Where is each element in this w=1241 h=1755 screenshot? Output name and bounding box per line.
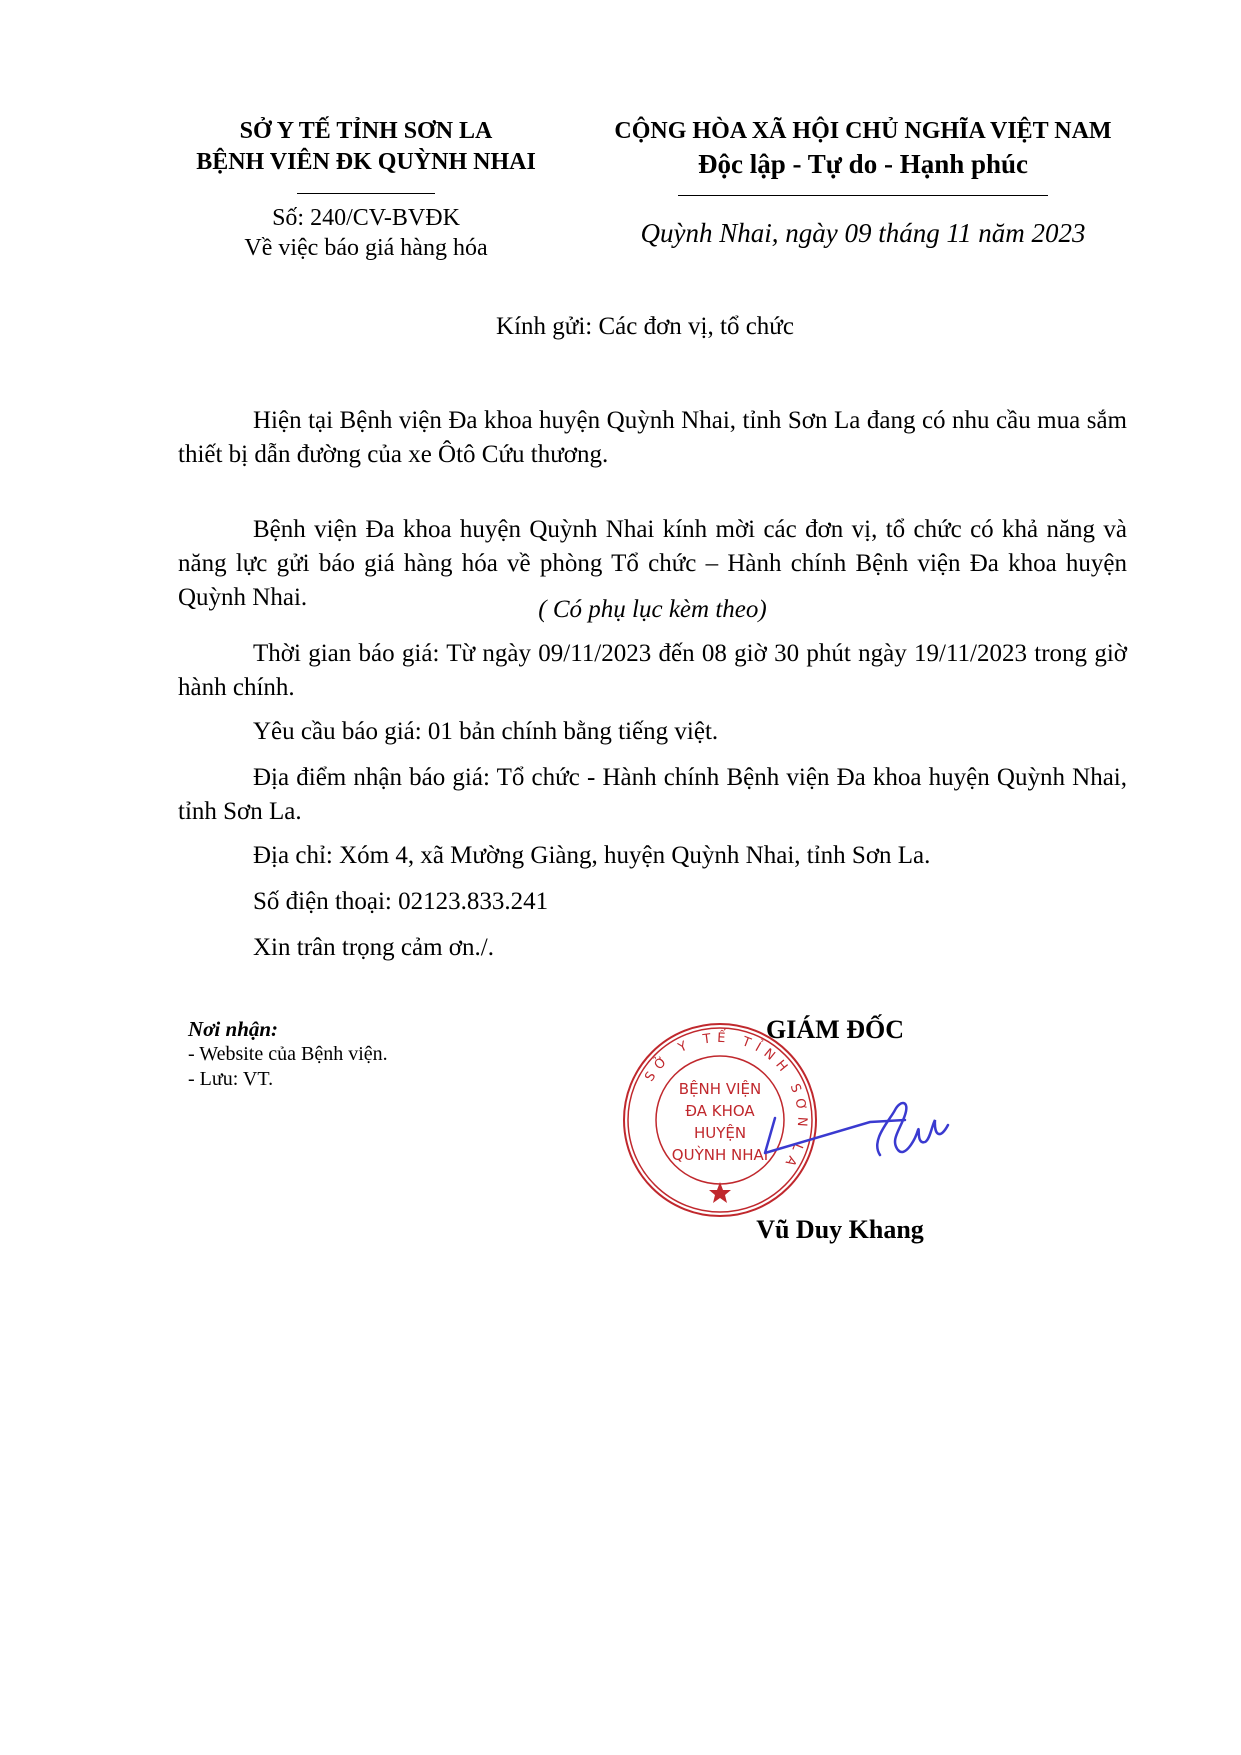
phone-number: Số điện thoại: 02123.833.241 xyxy=(178,885,1127,919)
header-divider-left xyxy=(297,193,435,194)
recipients-list-item: - Lưu: VT. xyxy=(188,1067,388,1092)
quote-period: Thời gian báo giá: Từ ngày 09/11/2023 đế… xyxy=(178,637,1127,705)
address: Địa chỉ: Xóm 4, xã Mường Giàng, huyện Qu… xyxy=(178,839,1127,873)
document-subject: Về việc báo giá hàng hóa xyxy=(150,233,582,263)
national-motto: Độc lập - Tự do - Hạnh phúc xyxy=(583,147,1143,181)
document-number: Số: 240/CV-BVĐK xyxy=(150,203,582,233)
recipients-list: Nơi nhận: - Website của Bệnh viện. - Lưu… xyxy=(188,1017,388,1092)
body-paragraph-1: Hiện tại Bệnh viện Đa khoa huyện Quỳnh N… xyxy=(178,404,1127,472)
closing-thanks: Xin trân trọng cảm ơn./. xyxy=(178,931,1127,965)
handwritten-signature-icon xyxy=(720,1080,960,1180)
issuing-authority-block: SỞ Y TẾ TỈNH SƠN LA BỆNH VIÊN ĐK QUỲNH N… xyxy=(150,116,582,263)
quote-location: Địa điểm nhận báo giá: Tổ chức - Hành ch… xyxy=(178,761,1127,829)
recipient-line: Kính gửi: Các đơn vị, tổ chức xyxy=(150,312,1140,342)
place-and-date: Quỳnh Nhai, ngày 09 tháng 11 năm 2023 xyxy=(583,216,1143,250)
department-name: SỞ Y TẾ TỈNH SƠN LA xyxy=(150,116,582,147)
signer-title: GIÁM ĐỐC xyxy=(740,1015,930,1045)
national-motto-block: CỘNG HÒA XÃ HỘI CHỦ NGHĨA VIỆT NAM Độc l… xyxy=(583,116,1143,250)
appendix-note: ( Có phụ lục kèm theo) xyxy=(178,593,1127,627)
recipients-list-item: - Website của Bệnh viện. xyxy=(188,1042,388,1067)
hospital-name: BỆNH VIÊN ĐK QUỲNH NHAI xyxy=(150,147,582,178)
recipients-list-title: Nơi nhận: xyxy=(188,1017,388,1042)
country-name: CỘNG HÒA XÃ HỘI CHỦ NGHĨA VIỆT NAM xyxy=(583,116,1143,147)
header-divider-right xyxy=(678,195,1048,196)
quote-requirement: Yêu cầu báo giá: 01 bản chính bằng tiếng… xyxy=(178,715,1127,749)
